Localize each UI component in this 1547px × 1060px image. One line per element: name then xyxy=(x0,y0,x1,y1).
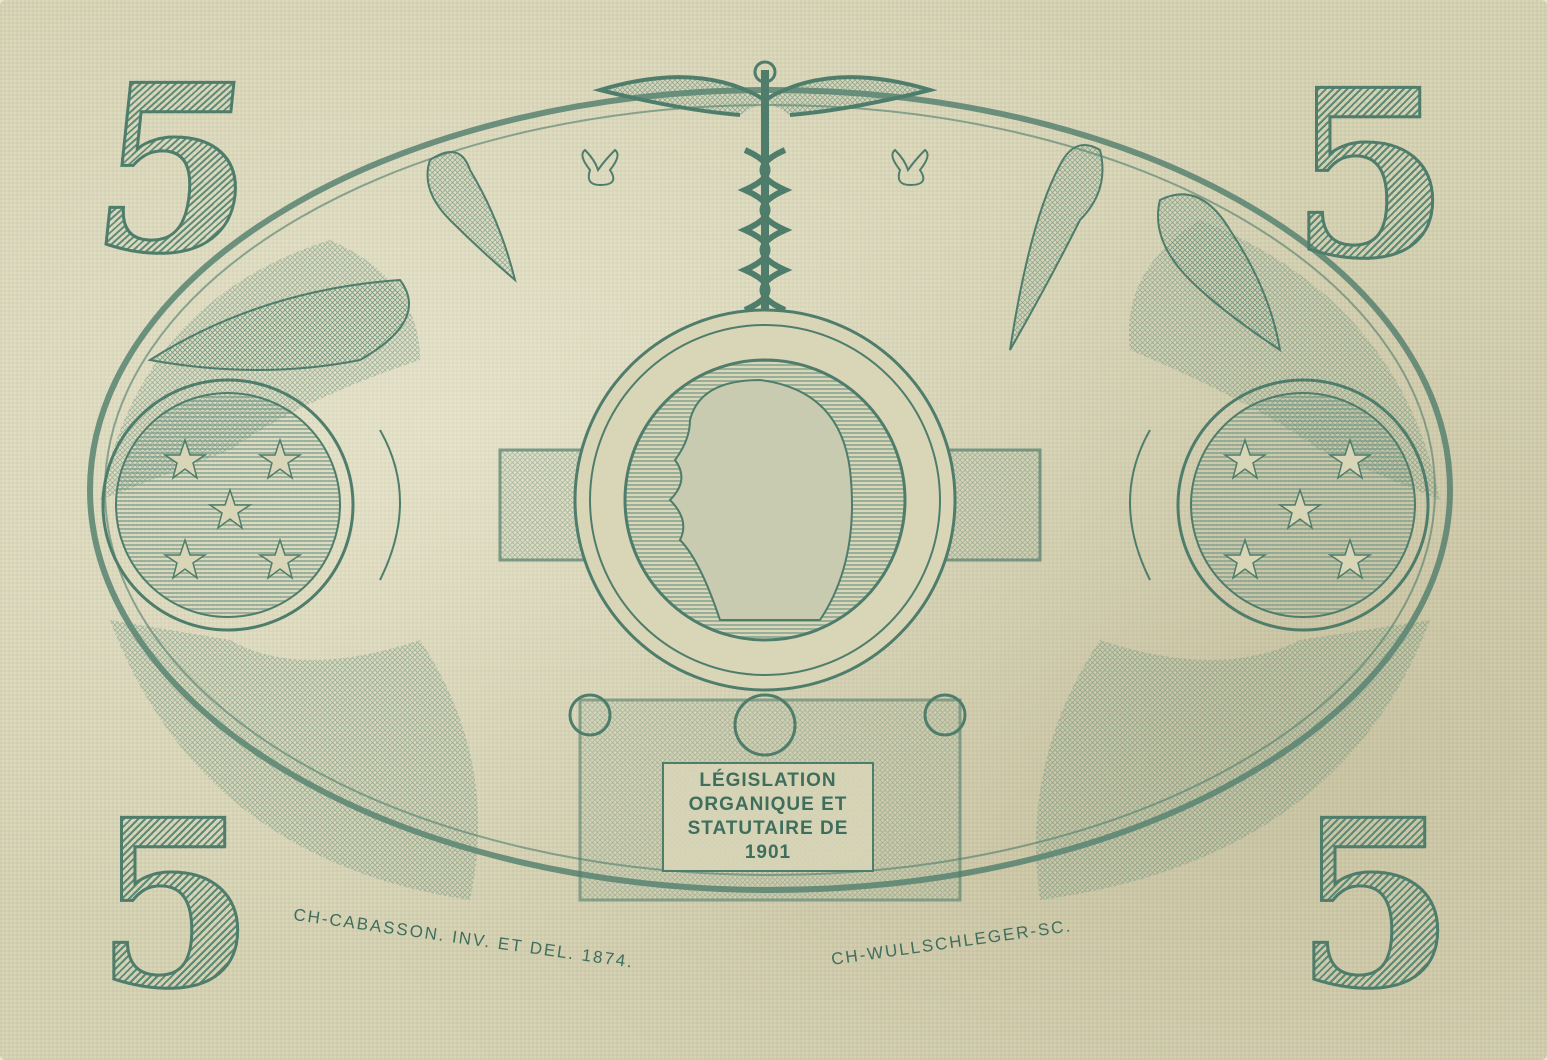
left-star-medallion xyxy=(103,380,353,630)
banknote-reverse: 5 5 5 5 xyxy=(0,0,1547,1060)
legislation-tablet: LÉGISLATION ORGANIQUE ET STATUTAIRE DE 1… xyxy=(662,762,874,872)
right-star-medallion xyxy=(1178,380,1428,630)
tablet-line-4: 1901 xyxy=(745,841,791,865)
caduceus-emblem xyxy=(600,62,930,340)
tablet-line-1: LÉGISLATION xyxy=(699,769,836,793)
tablet-line-2: ORGANIQUE ET xyxy=(689,793,848,817)
portrait-medallion xyxy=(575,310,955,690)
tablet-line-3: STATUTAIRE DE xyxy=(688,817,849,841)
engraving-artwork xyxy=(0,0,1547,1060)
